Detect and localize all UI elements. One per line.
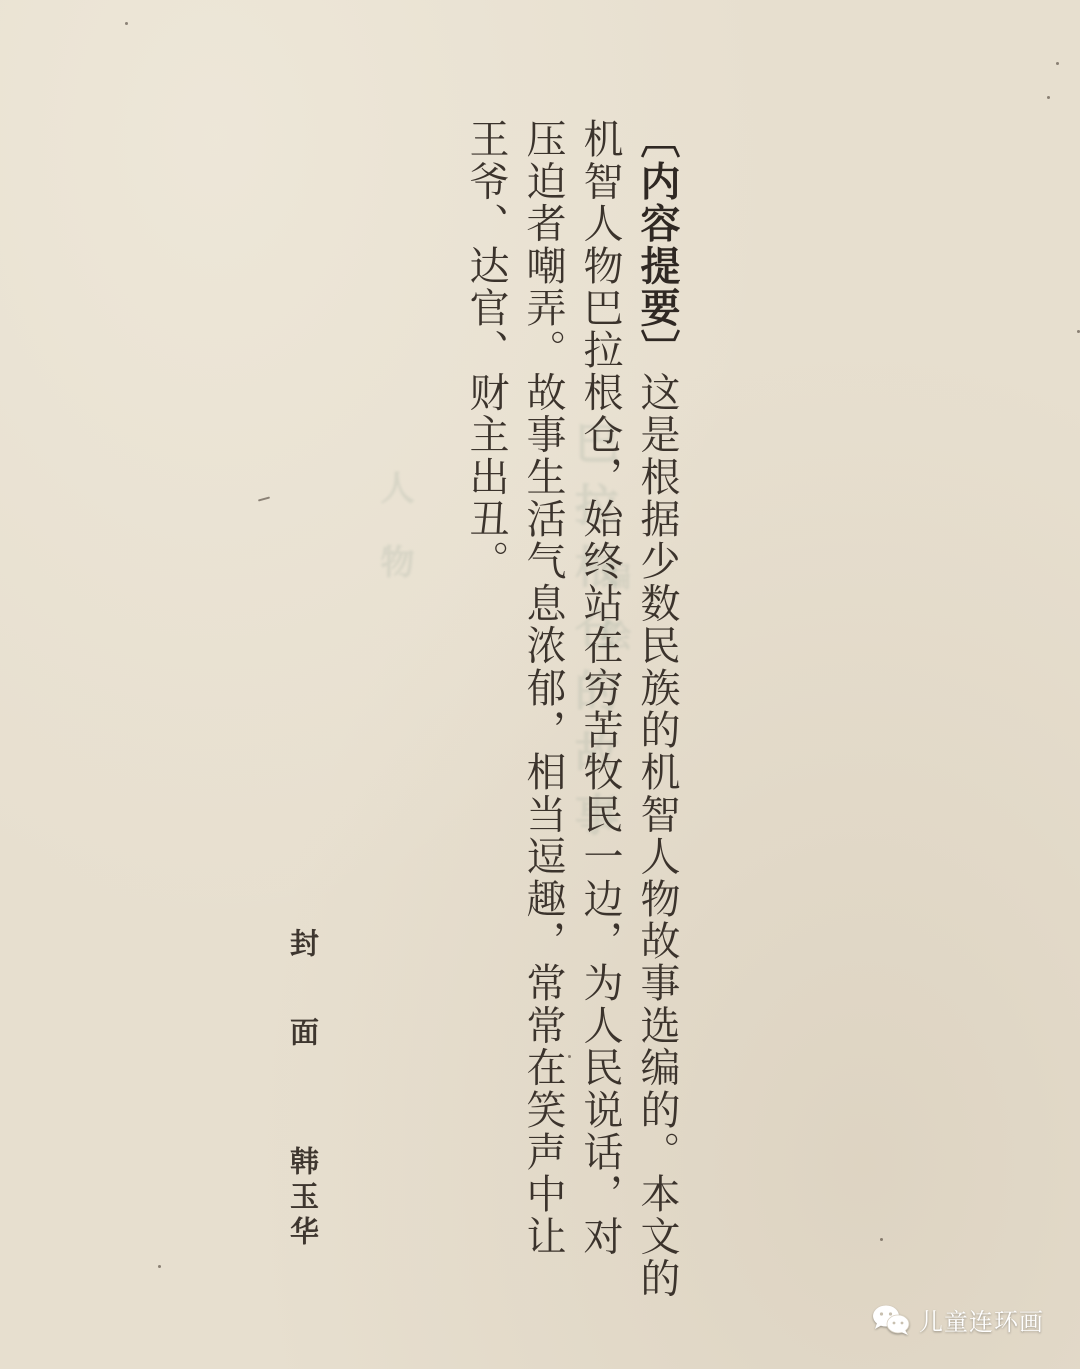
- credit-name: 韩玉华: [286, 1146, 320, 1251]
- summary-text: 这是根据少数民族的机智人物故事选编的。本文的: [634, 371, 680, 1299]
- credit-role: 封面: [286, 928, 320, 1106]
- paper-speck: [158, 1265, 161, 1268]
- cover-credit: 封面韩玉华: [283, 928, 324, 1251]
- paper-speck: [568, 1055, 571, 1058]
- wechat-icon: [871, 1304, 911, 1336]
- paper-speck: [600, 718, 603, 721]
- paper-speck: [258, 496, 270, 501]
- scanned-page: 巴拉根仓的故事 人物 编绘 〔内容提要〕这是根据少数民族的机智人物故事选编的。本…: [0, 0, 1080, 1369]
- summary-heading: 〔内容提要〕: [634, 118, 680, 371]
- summary-column-3: 压迫者嘲弄。故事生活气息浓郁，相当逗趣，常常在笑声中让: [514, 118, 571, 1198]
- watermark: 儿童连环画: [871, 1302, 1044, 1337]
- watermark-text: 儿童连环画: [919, 1302, 1044, 1337]
- show-through-text: 人物: [370, 470, 419, 618]
- content-summary: 〔内容提要〕这是根据少数民族的机智人物故事选编的。本文的 机智人物巴拉根仓，始终…: [457, 118, 685, 1198]
- paper-speck: [125, 22, 128, 25]
- paper-speck: [880, 1238, 883, 1241]
- summary-column-1: 〔内容提要〕这是根据少数民族的机智人物故事选编的。本文的: [628, 118, 685, 1198]
- summary-column-4: 王爷、达官、财主出丑。: [457, 118, 514, 1198]
- paper-speck: [1056, 62, 1059, 65]
- summary-column-2: 机智人物巴拉根仓，始终站在穷苦牧民一边，为人民说话，对: [571, 118, 628, 1198]
- paper-speck: [1047, 96, 1050, 99]
